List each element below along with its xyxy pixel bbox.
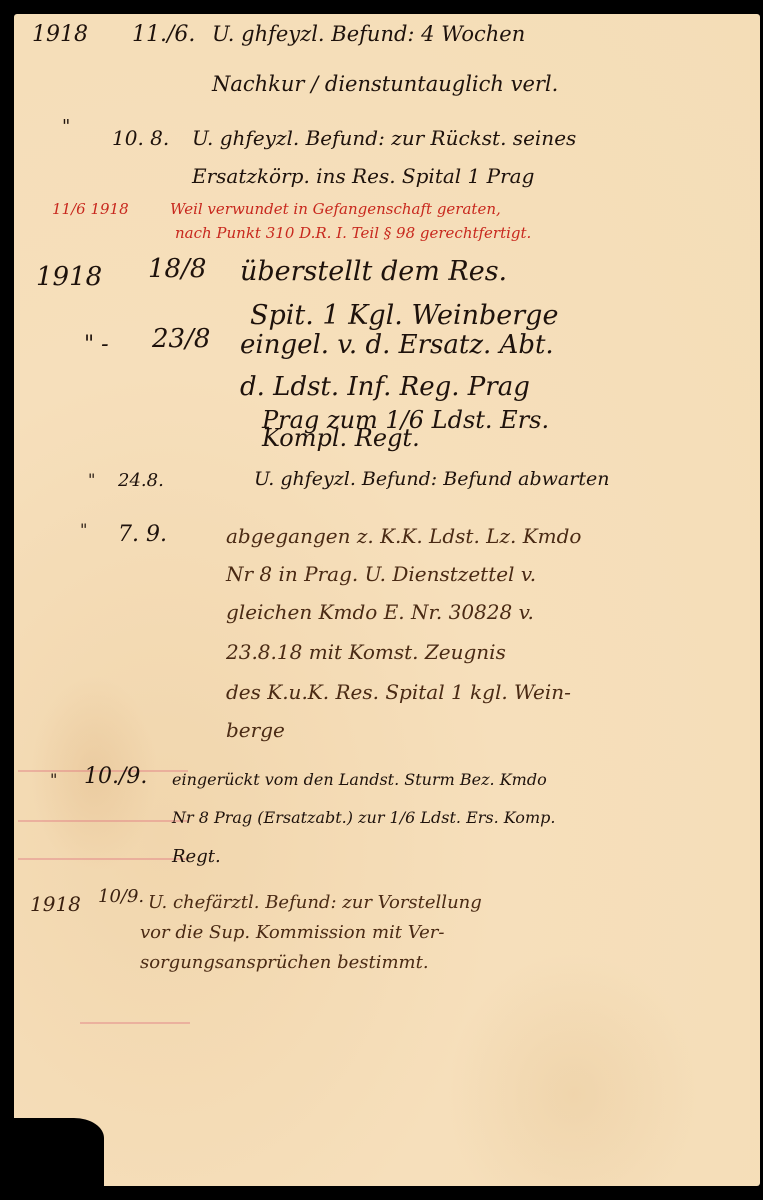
entry-line: berge [226, 718, 285, 742]
entry-date: 24.8. [118, 470, 164, 491]
entry-line: Nr 8 in Prag. U. Dienstzettel v. [226, 562, 536, 586]
entry-line: gleichen Kmdo E. Nr. 30828 v. [226, 600, 534, 624]
red-annotation-date: 11/6 1918 [52, 200, 129, 218]
red-annotation-line: Weil verwundet in Gefangenschaft geraten… [170, 200, 501, 218]
entry-line: vor die Sup. Kommission mit Ver- [140, 922, 444, 943]
entry-line: 23.8.18 mit Komst. Zeugnis [226, 640, 506, 664]
faint-stamp-line [18, 820, 188, 822]
torn-corner [14, 1118, 104, 1188]
entry-line: eingel. v. d. Ersatz. Abt. [240, 330, 554, 360]
faint-stamp-line [18, 858, 188, 860]
entry-line: U. ghfeyzl. Befund: zur Rückst. seines [192, 126, 576, 150]
entry-year: 1918 [30, 892, 81, 916]
entry-date: 11./6. [132, 22, 195, 47]
entry-date: 10. 8. [112, 126, 169, 150]
entry-line: Nachkur / dienstuntauglich verl. [212, 72, 558, 96]
entry-year: 1918 [36, 262, 102, 292]
red-annotation-line: nach Punkt 310 D.R. I. Teil § 98 gerecht… [175, 224, 531, 242]
entry-line: sorgungsansprüchen bestimmt. [140, 952, 429, 973]
entry-year: " [80, 520, 87, 539]
entry-line: des K.u.K. Res. Spital 1 kgl. Wein- [226, 680, 571, 704]
entry-line: eingerückt vom den Landst. Sturm Bez. Km… [172, 770, 547, 789]
faint-stamp-line [80, 1022, 190, 1024]
entry-line: d. Ldst. Inf. Reg. Prag [240, 372, 530, 402]
entry-date: 10./9. [84, 764, 147, 789]
entry-year: " [50, 770, 57, 789]
entry-year: " [88, 470, 95, 489]
entry-line: U. ghfeyzl. Befund: Befund abwarten [254, 468, 609, 490]
entry-line: Nr 8 Prag (Ersatzabt.) zur 1/6 Ldst. Ers… [172, 808, 555, 827]
entry-line: abgegangen z. K.K. Ldst. Lz. Kmdo [226, 524, 581, 548]
entry-line: Spit. 1 Kgl. Weinberge [250, 300, 558, 331]
entry-year: " [62, 116, 70, 137]
entry-year: " - [84, 332, 109, 357]
entry-line: überstellt dem Res. [240, 256, 507, 287]
entry-date: 10/9. [98, 886, 144, 907]
entry-year: 1918 [32, 22, 88, 47]
entry-date: 7. 9. [118, 522, 167, 547]
entry-date: 18/8 [148, 254, 206, 284]
entry-line: Ersatzkörp. ins Res. Spital 1 Prag [192, 164, 534, 188]
entry-line: U. ghfeyzl. Befund: 4 Wochen [212, 22, 525, 46]
entry-line: Regt. [172, 846, 221, 867]
entry-line: Kompl. Regt. [262, 424, 420, 452]
entry-date: 23/8 [152, 324, 210, 354]
entry-line: U. chefärztl. Befund: zur Vorstellung [148, 892, 482, 913]
